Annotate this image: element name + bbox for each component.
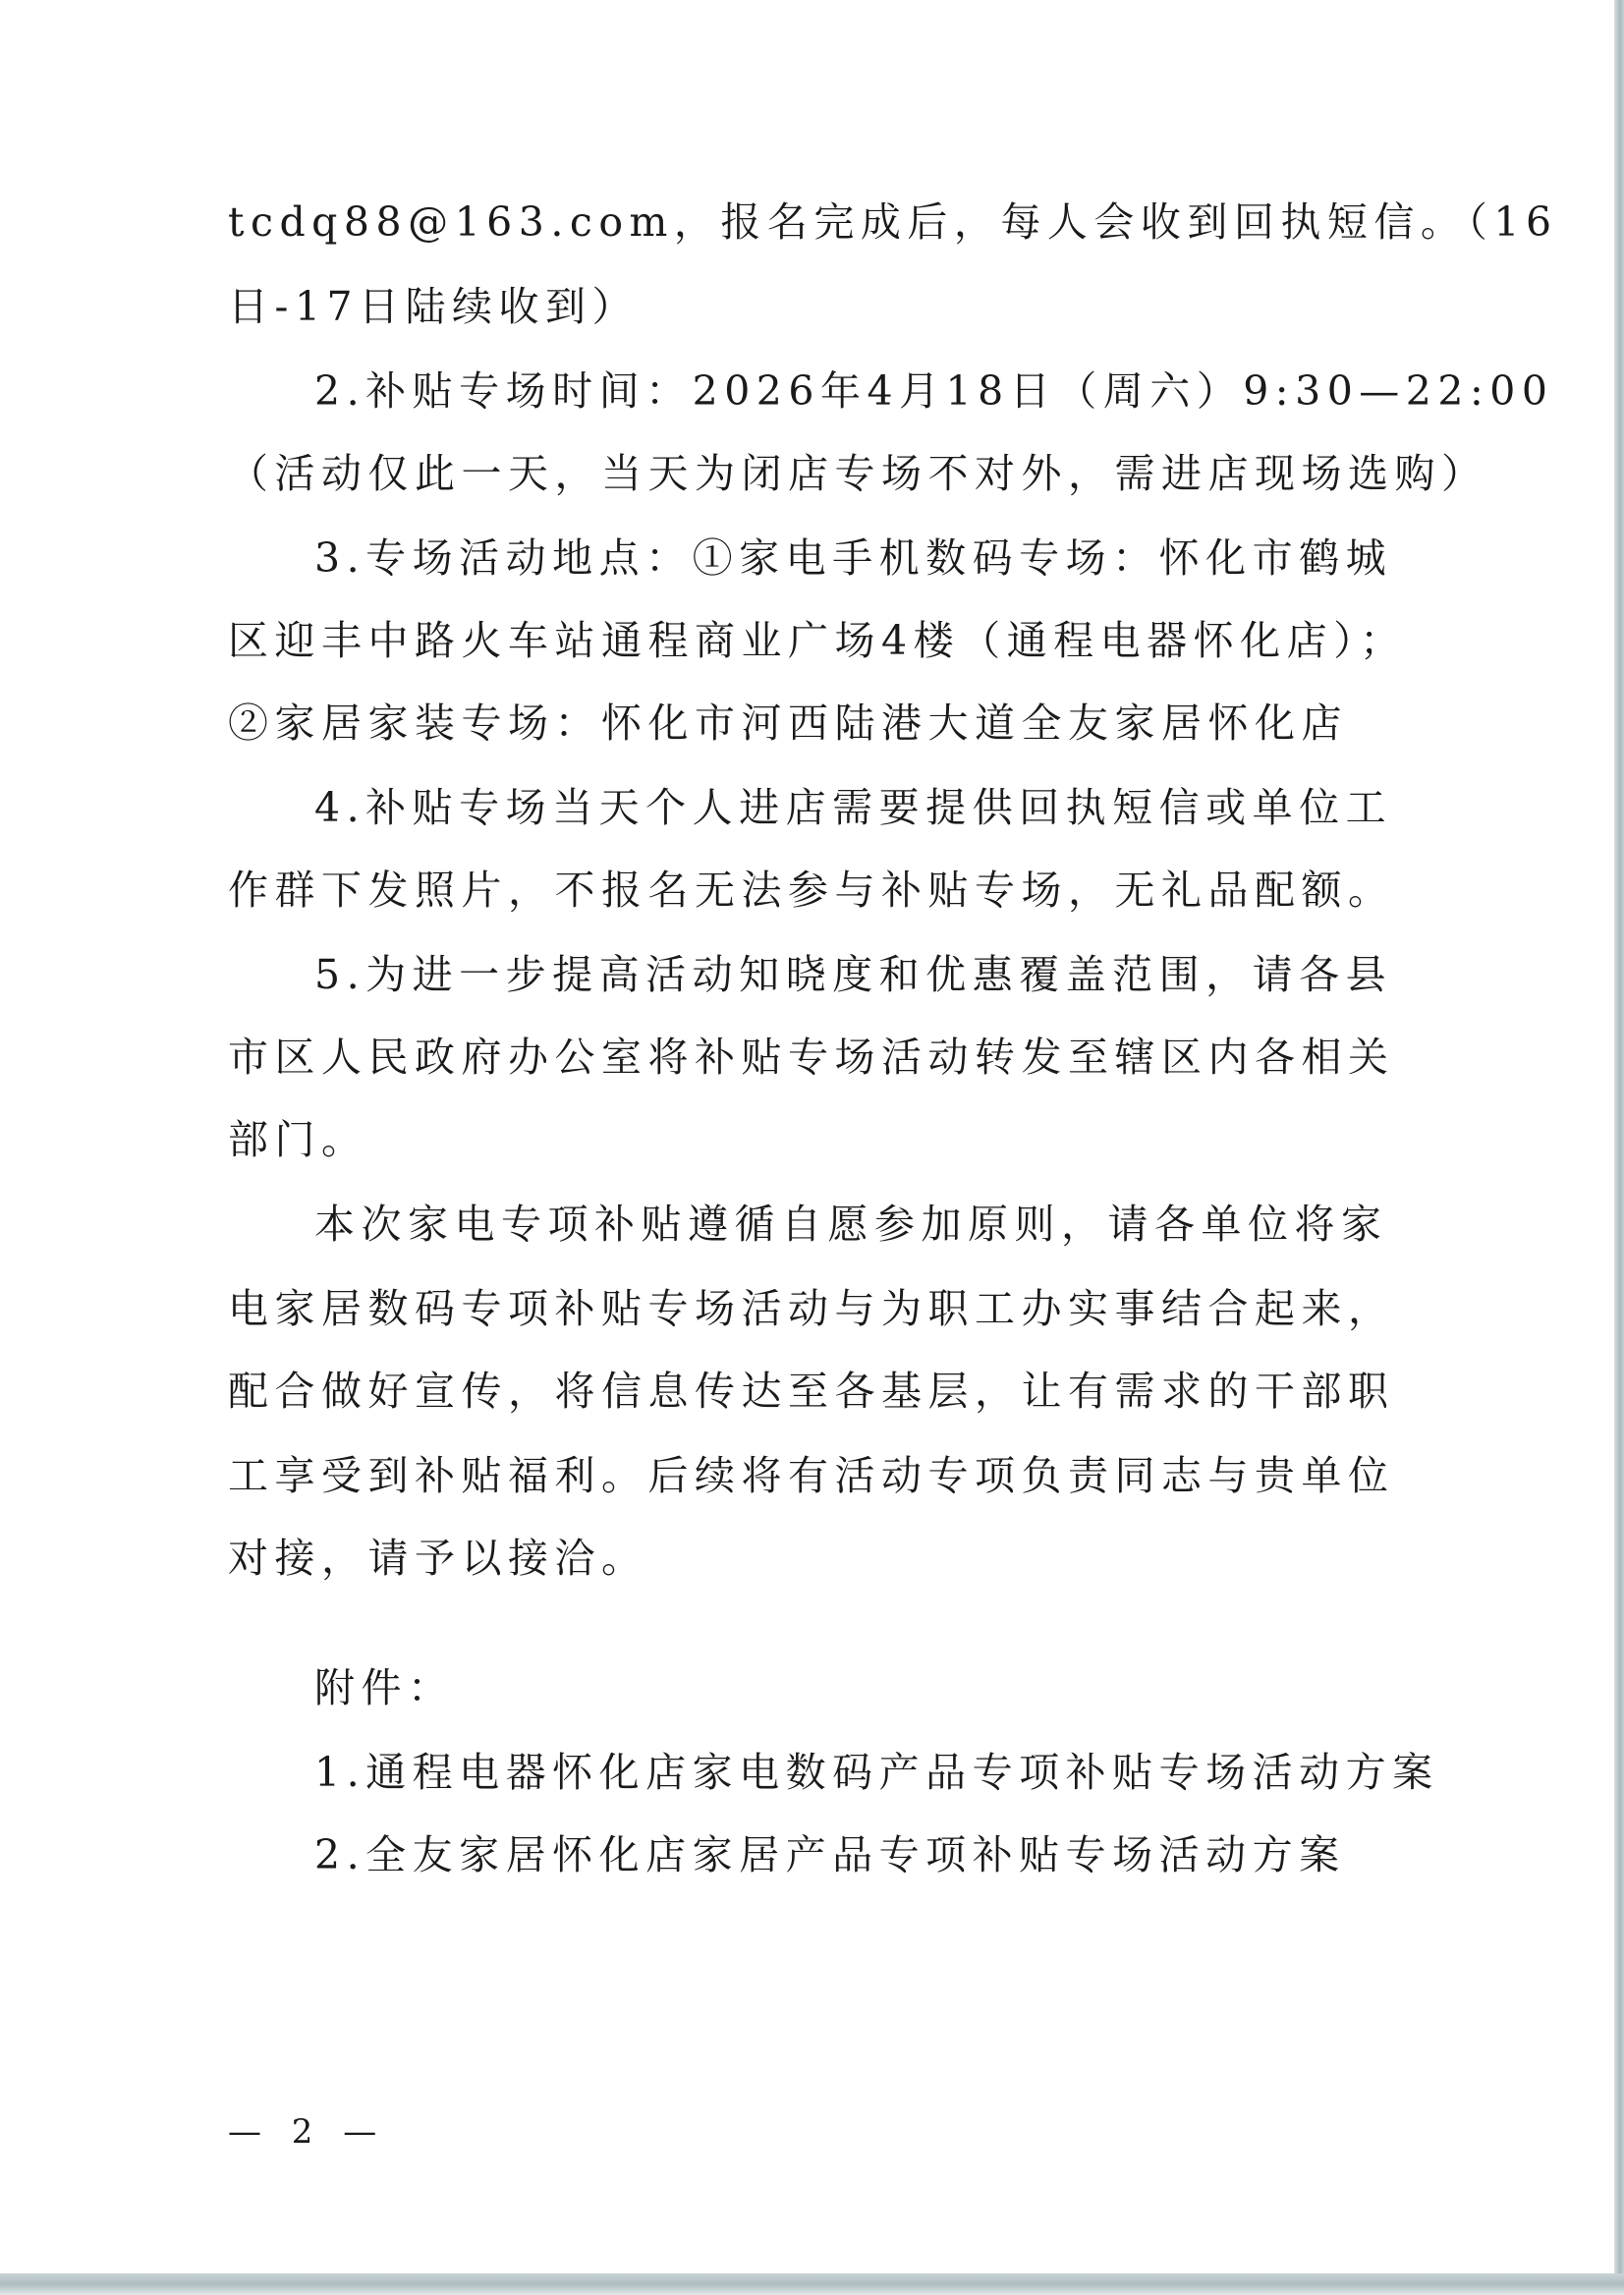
item-2-time: 2.补贴专场时间：2026年4月18日（周六）9:30—22:00 (314, 362, 1553, 420)
scan-edge-bottom (0, 2273, 1624, 2295)
body-line: 市区人民政府办公室将补贴专场活动转发至辖区内各相关 (228, 1028, 1395, 1087)
body-line: 对接，请予以接洽。 (228, 1529, 648, 1588)
attachment-item-1: 1.通程电器怀化店家电数码产品专项补贴专场活动方案 (314, 1743, 1439, 1802)
item-5-forwarding: 5.为进一步提高活动知晓度和优惠覆盖范围，请各县 (314, 945, 1392, 1004)
body-line: 区迎丰中路火车站通程商业广场4楼（通程电器怀化店）； (228, 611, 1407, 670)
closing-paragraph: 本次家电专项补贴遵循自愿参加原则，请各单位将家 (314, 1195, 1388, 1254)
body-line: 电家居数码专项补贴专场活动与为职工办实事结合起来， (228, 1279, 1395, 1338)
item-4-entry-requirement: 4.补贴专场当天个人进店需要提供回执短信或单位工 (314, 778, 1392, 837)
body-line: 日-17日陆续收到） (228, 277, 639, 336)
body-line: 部门。 (228, 1110, 368, 1169)
item-3-location: 3.专场活动地点：①家电手机数码专场：怀化市鹤城 (314, 529, 1392, 588)
body-line: ②家居家装专场：怀化市河西陆港大道全友家居怀化店 (228, 694, 1348, 753)
page-number: — 2 — (228, 2112, 386, 2152)
scan-edge-right (1614, 0, 1624, 2295)
body-line: 工享受到补贴福利。后续将有活动专项负责同志与贵单位 (228, 1446, 1395, 1505)
attachments-heading: 附件： (314, 1658, 455, 1717)
body-line: 作群下发照片，不报名无法参与补贴专场，无礼品配额。 (228, 861, 1395, 920)
attachment-item-2: 2.全友家居怀化店家居产品专项补贴专场活动方案 (314, 1825, 1346, 1884)
body-line: tcdq88@163.com，报名完成后，每人会收到回执短信。（16 (228, 193, 1558, 252)
body-line: （活动仅此一天，当天为闭店专场不对外，需进店现场选购） (228, 444, 1488, 503)
body-line: 配合做好宣传，将信息传达至各基层，让有需求的干部职 (228, 1362, 1395, 1421)
